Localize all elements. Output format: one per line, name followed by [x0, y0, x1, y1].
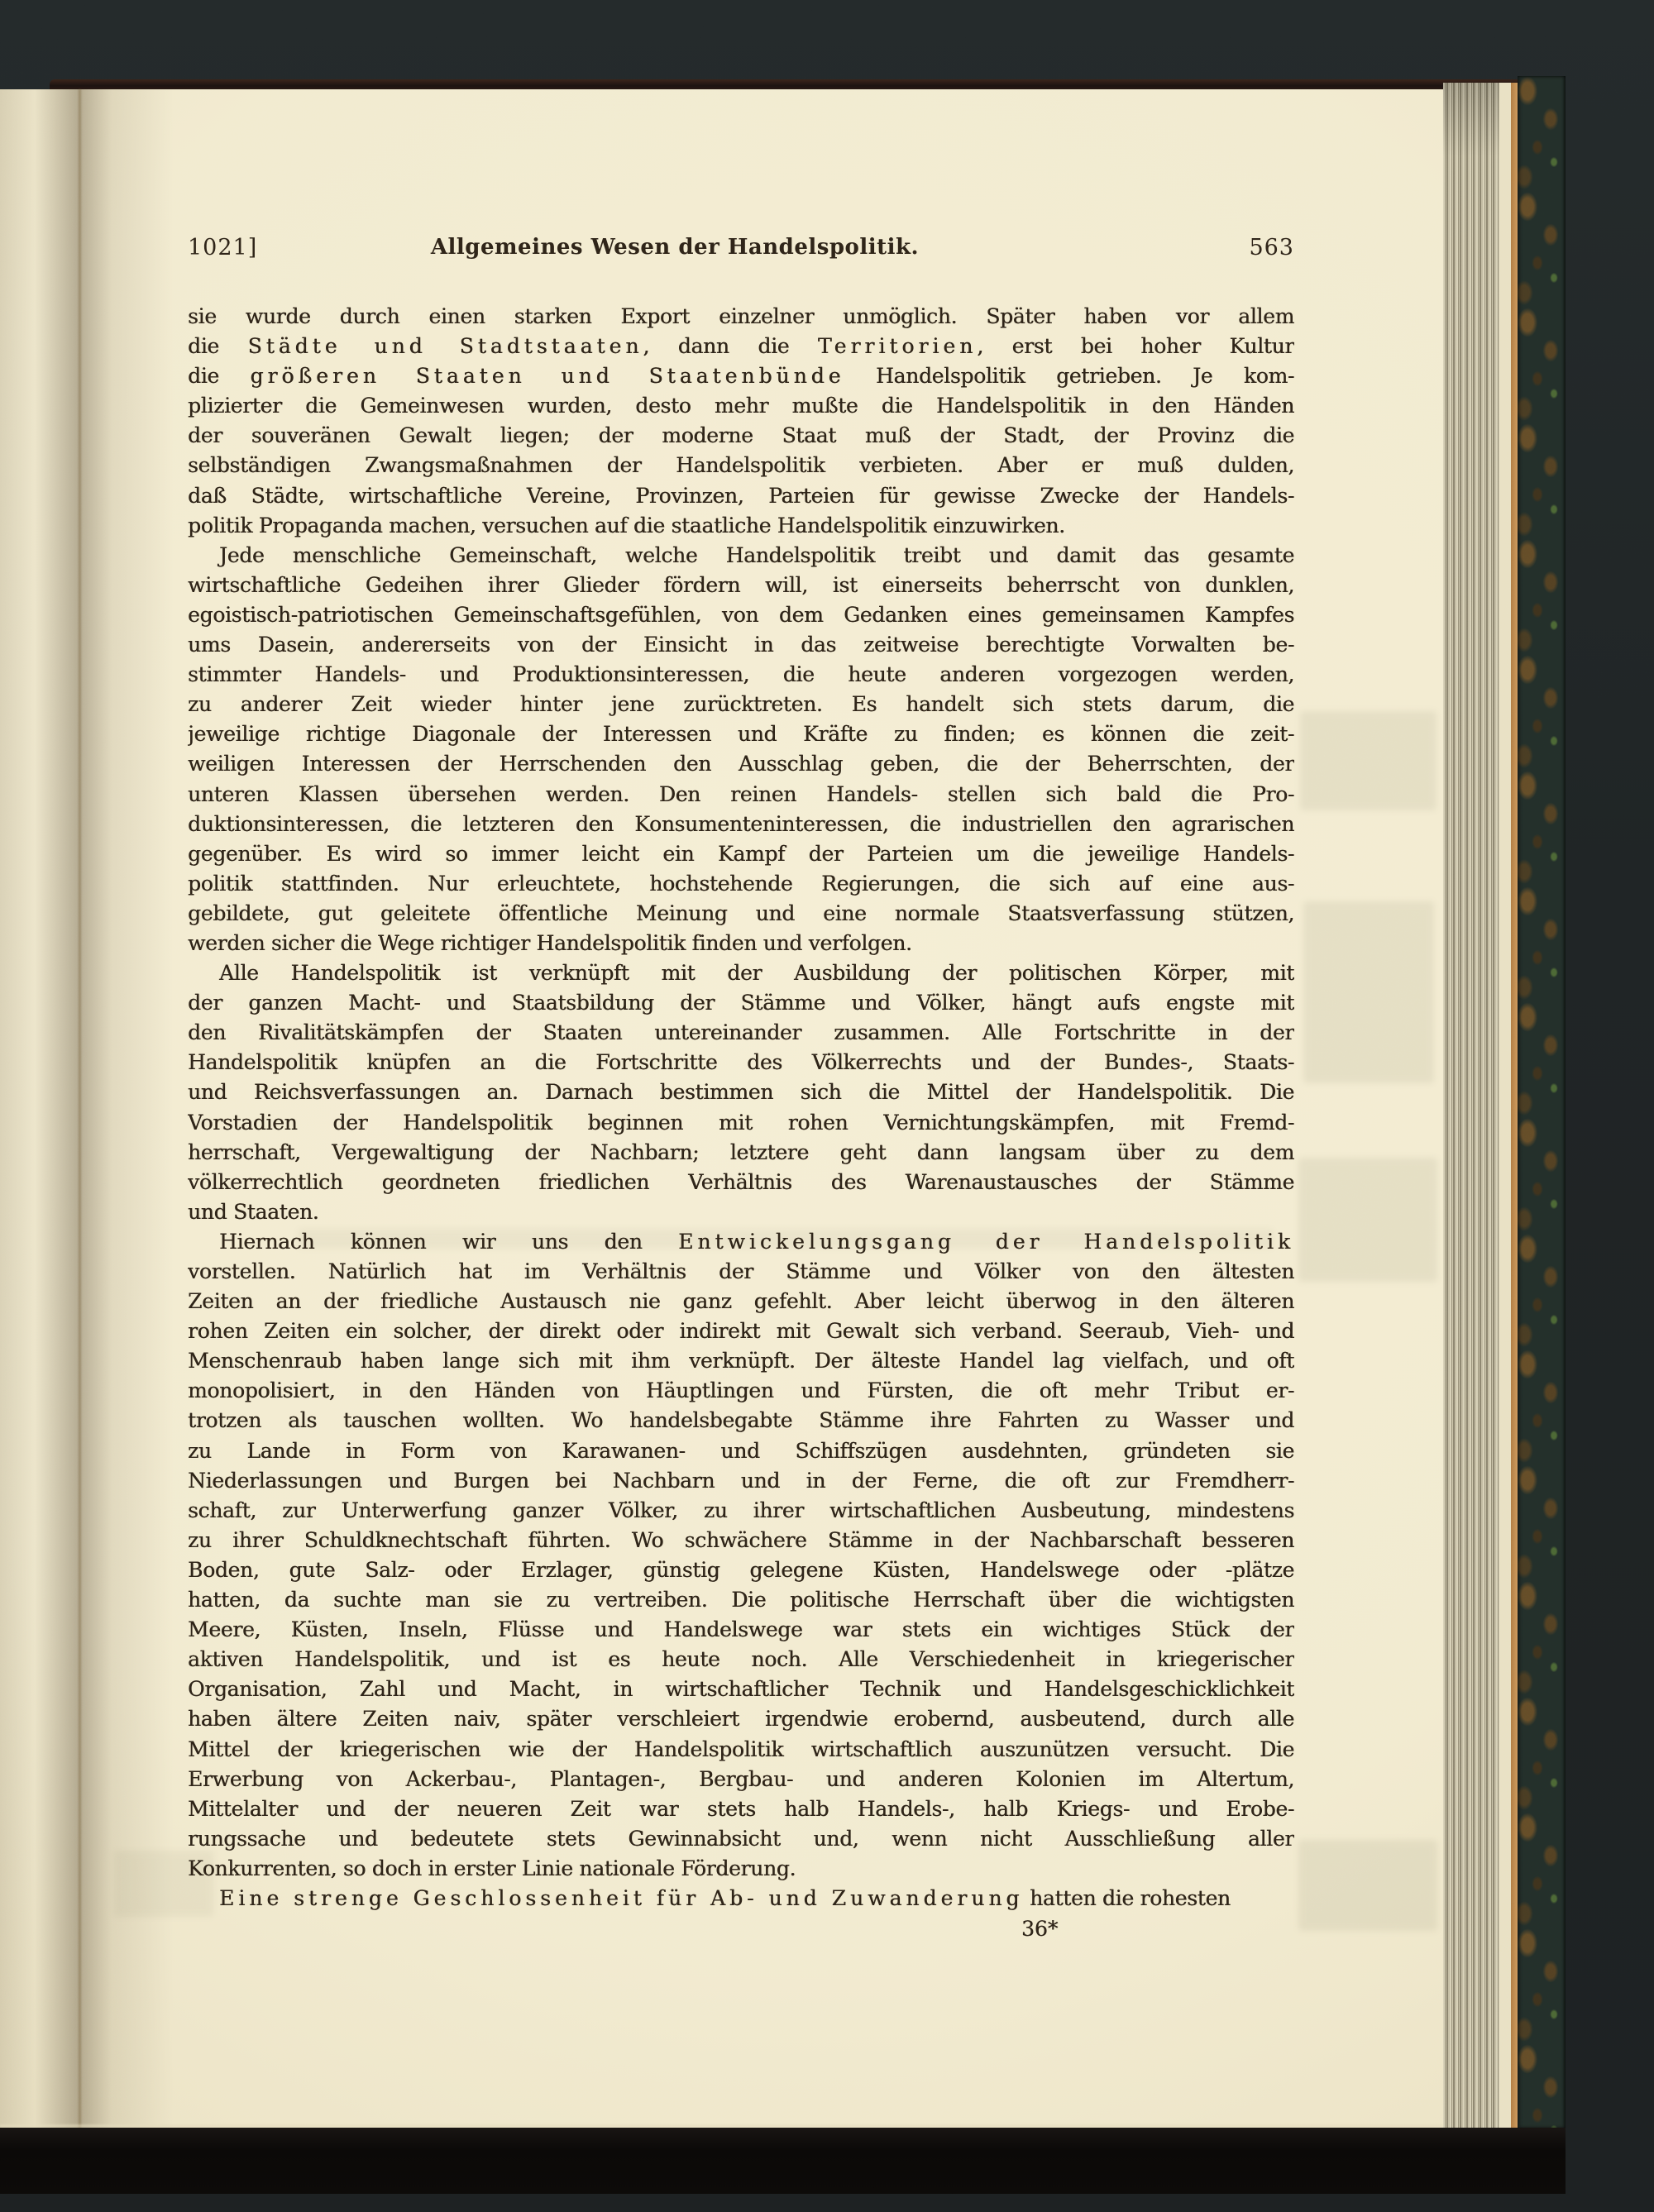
text-line: Niederlassungen und Burgen bei Nachbarn … — [188, 1466, 1294, 1496]
text-line: weiligen Interessen der Herrschenden den… — [188, 749, 1294, 779]
show-through-artifact — [1298, 1840, 1437, 1931]
text-line: Erwerbung von Ackerbau-, Plantagen-, Ber… — [188, 1765, 1294, 1794]
text-line: rohen Zeiten ein solcher, der direkt ode… — [188, 1316, 1294, 1346]
text-line: Konkurrenten, so doch in erster Linie na… — [188, 1854, 1294, 1884]
text-line: schaft, zur Unterwerfung ganzer Völker, … — [188, 1496, 1294, 1526]
text-line: daß Städte, wirtschaftliche Vereine, Pro… — [188, 481, 1294, 511]
text-line: politik stattfinden. Nur erleuchtete, ho… — [188, 869, 1294, 899]
text-line: Hiernach können wir uns den Entwickelung… — [188, 1227, 1294, 1257]
page-gutter-crease — [79, 89, 81, 2128]
text-line: wirtschaftliche Gedeihen ihrer Glieder f… — [188, 571, 1294, 600]
text-line: und Staaten. — [188, 1197, 1294, 1227]
text-line: Eine strenge Geschlossenheit für Ab- und… — [188, 1884, 1294, 1913]
text-line: monopolisiert, in den Händen von Häuptli… — [188, 1376, 1294, 1406]
text-line: Boden, gute Salz- oder Erzlager, günstig… — [188, 1555, 1294, 1585]
text-line: selbständigen Zwangsmaßnahmen der Handel… — [188, 451, 1294, 480]
text-line: Vorstadien der Handelspolitik beginnen m… — [188, 1108, 1294, 1138]
text-line: vorstellen. Natürlich hat im Verhältnis … — [188, 1257, 1294, 1287]
text-line: zu Lande in Form von Karawanen- und Schi… — [188, 1436, 1294, 1466]
text-line: den Rivalitätskämpfen der Staaten untere… — [188, 1018, 1294, 1048]
fore-edge-gap — [1499, 83, 1511, 2128]
show-through-artifact — [1303, 901, 1434, 1083]
signature-mark: 36* — [1021, 1917, 1058, 1941]
text-line: Jede menschliche Gemeinschaft, welche Ha… — [188, 541, 1294, 571]
text-line: egoistisch-patriotischen Gemeinschaftsge… — [188, 600, 1294, 630]
text-line: der ganzen Macht- und Staatsbildung der … — [188, 988, 1294, 1018]
page-number: 563 — [1249, 235, 1294, 260]
text-line: haben ältere Zeiten naiv, später verschl… — [188, 1704, 1294, 1734]
text-line: zu ihrer Schuldknechtschaft führten. Wo … — [188, 1526, 1294, 1555]
text-line: sie wurde durch einen starken Export ein… — [188, 302, 1294, 332]
text-line: hatten, da suchte man sie zu vertreiben.… — [188, 1585, 1294, 1615]
page-stack-fore-edge — [1443, 83, 1499, 2128]
text-line: die größeren Staaten und Staatenbünde Ha… — [188, 361, 1294, 391]
text-line: unteren Klassen übersehen werden. Den re… — [188, 780, 1294, 810]
text-line: jeweilige richtige Diagonale der Interes… — [188, 719, 1294, 749]
text-line: ums Dasein, andererseits von der Einsich… — [188, 630, 1294, 660]
text-line: völkerrechtlich geordneten friedlichen V… — [188, 1168, 1294, 1197]
text-line: aktiven Handelspolitik, und ist es heute… — [188, 1645, 1294, 1675]
text-line: plizierter die Gemeinwesen wurden, desto… — [188, 391, 1294, 421]
text-line: rungssache und bedeutete stets Gewinnabs… — [188, 1824, 1294, 1854]
fore-edge-tan-strip — [1511, 83, 1518, 2128]
text-line: der souveränen Gewalt liegen; der modern… — [188, 421, 1294, 451]
scanned-book-photo: 1021] Allgemeines Wesen der Handelspolit… — [0, 0, 1654, 2212]
text-line: Zeiten an der friedliche Austausch nie g… — [188, 1287, 1294, 1316]
text-line: die Städte und Stadtstaaten, dann die Te… — [188, 332, 1294, 361]
text-line: duktionsinteressen, die letzteren den Ko… — [188, 810, 1294, 839]
cover-bottom-band — [0, 2128, 1566, 2194]
text-line: Menschenraub haben lange sich mit ihm ve… — [188, 1346, 1294, 1376]
text-line: Organisation, Zahl und Macht, in wirtsch… — [188, 1675, 1294, 1704]
show-through-artifact — [1298, 1158, 1437, 1282]
text-line: gebildete, gut geleitete öffentliche Mei… — [188, 899, 1294, 929]
page-title: Allgemeines Wesen der Handelspolitik. — [431, 235, 919, 260]
text-line: Meere, Küsten, Inseln, Flüsse und Handel… — [188, 1615, 1294, 1645]
marbled-cover-edge — [1518, 76, 1566, 2128]
text-line: und Reichsverfassungen an. Darnach besti… — [188, 1077, 1294, 1107]
text-line: Mittelalter und der neueren Zeit war ste… — [188, 1794, 1294, 1824]
text-line: herrschaft, Vergewaltigung der Nachbarn;… — [188, 1138, 1294, 1168]
text-line: zu anderer Zeit wieder hinter jene zurüc… — [188, 690, 1294, 719]
text-line: trotzen als tauschen wollten. Wo handels… — [188, 1406, 1294, 1436]
page-content: 1021] Allgemeines Wesen der Handelspolit… — [188, 235, 1294, 268]
text-line: Mittel der kriegerischen wie der Handels… — [188, 1735, 1294, 1765]
show-through-artifact — [1300, 711, 1436, 810]
running-head: 1021] Allgemeines Wesen der Handelspolit… — [188, 235, 1294, 268]
text-line: politik Propaganda machen, versuchen auf… — [188, 511, 1294, 541]
text-line: gegenüber. Es wird so immer leicht ein K… — [188, 839, 1294, 869]
text-line: Alle Handelspolitik ist verknüpft mit de… — [188, 958, 1294, 988]
text-line: Handelspolitik knüpfen an die Fortschrit… — [188, 1048, 1294, 1077]
body-text: sie wurde durch einen starken Export ein… — [188, 302, 1294, 1913]
column-number-marker: 1021] — [188, 235, 257, 260]
text-line: stimmter Handels- und Produktionsinteres… — [188, 660, 1294, 690]
text-line: werden sicher die Wege richtiger Handels… — [188, 929, 1294, 958]
